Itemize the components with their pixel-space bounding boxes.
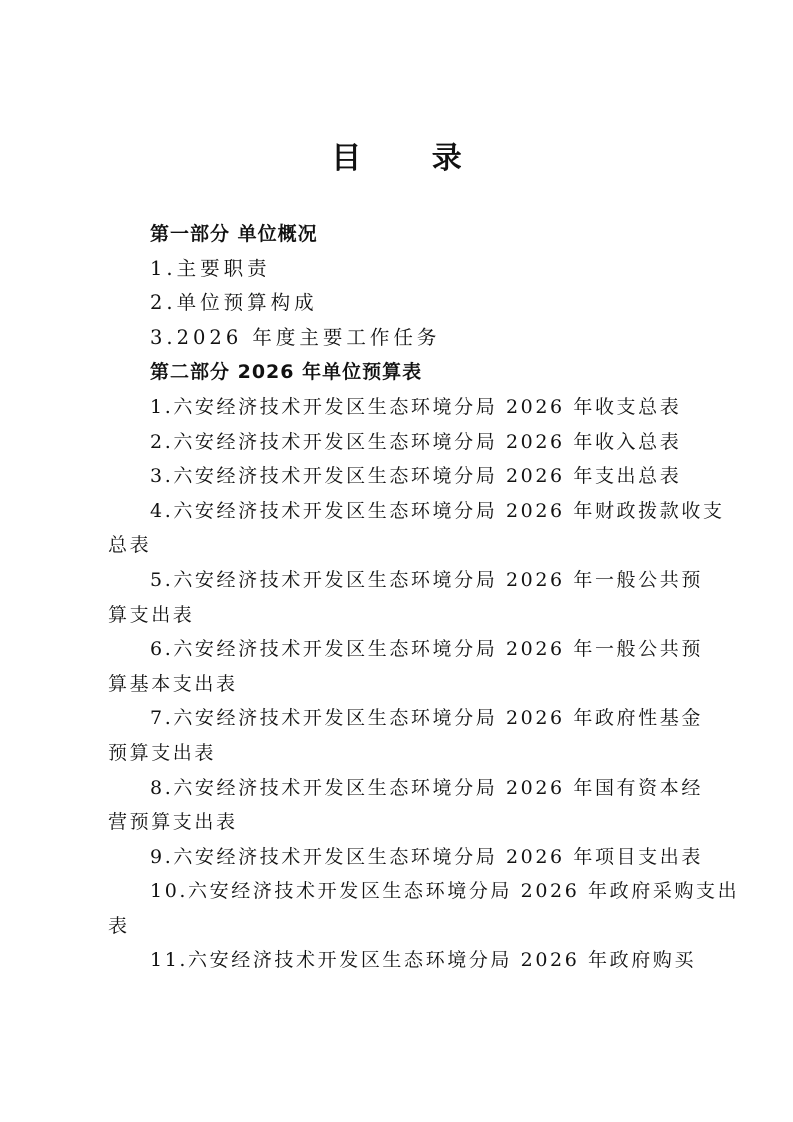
section-heading-part-2: 第二部分 2026 年单位预算表 bbox=[108, 355, 690, 390]
toc-item: 3.2026 年度主要工作任务 bbox=[108, 321, 690, 356]
table-of-contents: 第一部分 单位概况 1.主要职责 2.单位预算构成 3.2026 年度主要工作任… bbox=[108, 217, 690, 978]
toc-item: 2.单位预算构成 bbox=[108, 286, 690, 321]
toc-item: 7.六安经济技术开发区生态环境分局 2026 年政府性基金 bbox=[108, 701, 690, 736]
toc-item: 11.六安经济技术开发区生态环境分局 2026 年政府购买 bbox=[108, 943, 690, 978]
toc-item-continuation: 表 bbox=[108, 909, 690, 944]
toc-item-continuation: 预算支出表 bbox=[108, 736, 690, 771]
toc-item: 4.六安经济技术开发区生态环境分局 2026 年财政拨款收支 bbox=[108, 494, 690, 529]
toc-item: 2.六安经济技术开发区生态环境分局 2026 年收入总表 bbox=[108, 425, 690, 460]
page-title: 目 录 bbox=[0, 139, 793, 179]
toc-item: 3.六安经济技术开发区生态环境分局 2026 年支出总表 bbox=[108, 459, 690, 494]
toc-item: 8.六安经济技术开发区生态环境分局 2026 年国有资本经 bbox=[108, 771, 690, 806]
toc-item: 5.六安经济技术开发区生态环境分局 2026 年一般公共预 bbox=[108, 563, 690, 598]
document-page: 目 录 第一部分 单位概况 1.主要职责 2.单位预算构成 3.2026 年度主… bbox=[0, 0, 793, 1122]
toc-item: 1.六安经济技术开发区生态环境分局 2026 年收支总表 bbox=[108, 390, 690, 425]
toc-item-continuation: 算支出表 bbox=[108, 598, 690, 633]
toc-item-continuation: 总表 bbox=[108, 528, 690, 563]
toc-item: 6.六安经济技术开发区生态环境分局 2026 年一般公共预 bbox=[108, 632, 690, 667]
toc-item: 9.六安经济技术开发区生态环境分局 2026 年项目支出表 bbox=[108, 840, 690, 875]
toc-item: 10.六安经济技术开发区生态环境分局 2026 年政府采购支出 bbox=[108, 874, 690, 909]
toc-item-continuation: 营预算支出表 bbox=[108, 805, 690, 840]
section-heading-part-1: 第一部分 单位概况 bbox=[108, 217, 690, 252]
toc-item: 1.主要职责 bbox=[108, 252, 690, 287]
toc-item-continuation: 算基本支出表 bbox=[108, 667, 690, 702]
